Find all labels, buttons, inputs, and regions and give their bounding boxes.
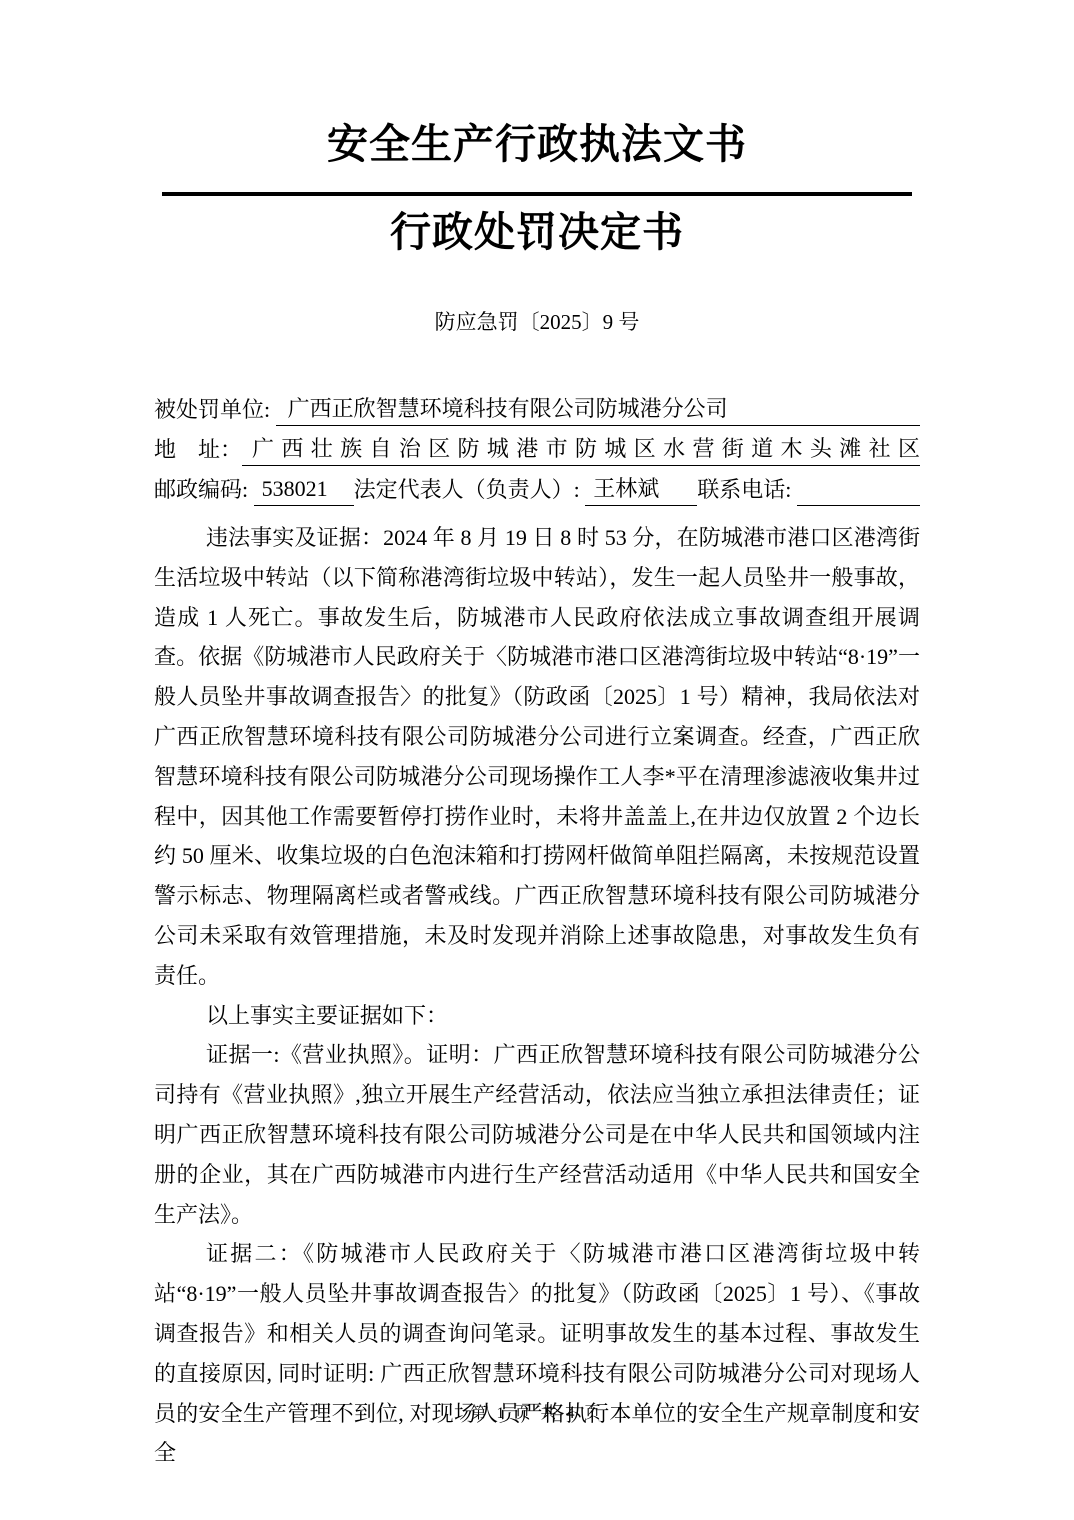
postcode-label: 邮政编码: bbox=[154, 476, 254, 506]
doc-title: 行政处罚决定书 bbox=[154, 206, 920, 258]
header-divider bbox=[162, 192, 912, 196]
document-page: 安全生产行政执法文书 行政处罚决定书 防应急罚〔2025〕9 号 被处罚单位: … bbox=[0, 0, 1074, 1520]
postcode-row: 邮政编码: 538021 法定代表人（负责人）: 王林斌 联系电话: bbox=[154, 466, 920, 506]
penalized-unit-label: 被处罚单位: bbox=[154, 396, 276, 426]
category-title: 安全生产行政执法文书 bbox=[154, 0, 920, 170]
penalized-unit-value: 广西正欣智慧环境科技有限公司防城港分公司 bbox=[276, 395, 920, 426]
penalized-unit-row: 被处罚单位: 广西正欣智慧环境科技有限公司防城港分公司 bbox=[154, 386, 920, 426]
legal-rep-value: 王林斌 bbox=[585, 475, 697, 506]
document-content: 安全生产行政执法文书 行政处罚决定书 防应急罚〔2025〕9 号 被处罚单位: … bbox=[154, 0, 920, 1473]
body-paragraph-evidence-1: 证据一:《营业执照》。证明：广西正欣智慧环境科技有限公司防城港分公司持有《营业执… bbox=[154, 1035, 920, 1234]
body-paragraph-evidence-2: 证据二：《防城港市人民政府关于〈防城港市港口区港湾街垃圾中转站“8·19”一般人… bbox=[154, 1234, 920, 1473]
phone-value bbox=[797, 503, 920, 506]
party-info-fields: 被处罚单位: 广西正欣智慧环境科技有限公司防城港分公司 地 址： 广西壮族自治区… bbox=[154, 386, 920, 506]
address-row: 地 址： 广西壮族自治区防城港市防城区水营街道木头滩社区 bbox=[154, 426, 920, 466]
body-paragraph-facts: 违法事实及证据：2024 年 8 月 19 日 8 时 53 分，在防城港市港口… bbox=[154, 518, 920, 996]
postcode-value: 538021 bbox=[254, 475, 354, 506]
address-value: 广西壮族自治区防城港市防城区水营街道木头滩社区 bbox=[242, 435, 920, 466]
legal-rep-label: 法定代表人（负责人）: bbox=[354, 476, 586, 506]
body-text: 违法事实及证据：2024 年 8 月 19 日 8 时 53 分，在防城港市港口… bbox=[154, 518, 920, 1473]
phone-label: 联系电话: bbox=[697, 476, 797, 506]
body-paragraph-evidence-intro: 以上事实主要证据如下： bbox=[154, 996, 920, 1036]
page-number: 第 1 页 共 4 页 bbox=[0, 1400, 1074, 1423]
address-label: 地 址： bbox=[154, 436, 242, 466]
doc-number: 防应急罚〔2025〕9 号 bbox=[154, 308, 920, 336]
